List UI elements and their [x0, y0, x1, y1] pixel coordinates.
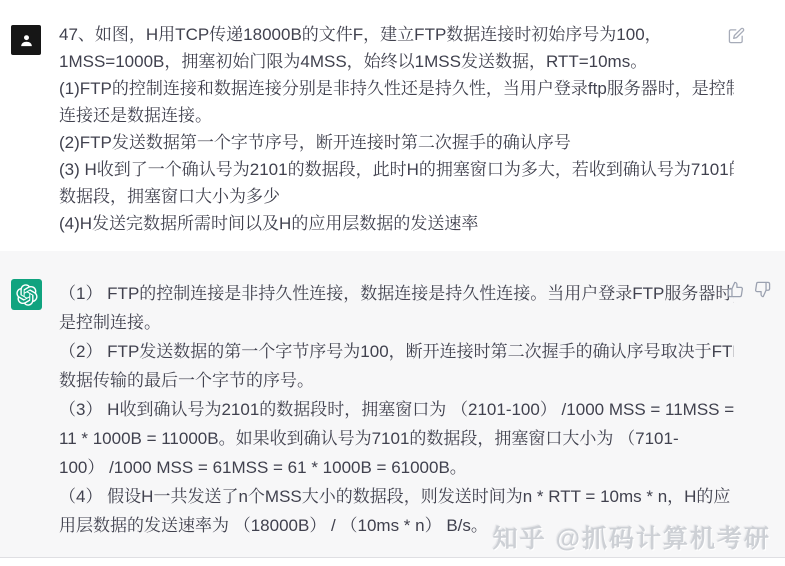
- user-avatar: [11, 25, 41, 55]
- assistant-text-line: 100） /1000 MSS = 61MSS = 61 * 1000B = 61…: [59, 453, 734, 482]
- assistant-text-line: （1） FTP的控制连接是非持久性连接，数据连接是持久性连接。当用户登录FTP服…: [59, 279, 734, 308]
- thumbs-down-button[interactable]: [754, 281, 771, 298]
- assistant-message-row: （1） FTP的控制连接是非持久性连接，数据连接是持久性连接。当用户登录FTP服…: [0, 251, 785, 558]
- edit-message-button[interactable]: [728, 27, 745, 44]
- assistant-text-line: （4） 假设H一共发送了n个MSS大小的数据段，则发送时间为n * RTT = …: [59, 482, 734, 511]
- user-text-line: 1MSS=1000B，拥塞初始门限为4MSS，始终以1MSS发送数据，RTT=1…: [59, 48, 734, 75]
- user-text-line: (1)FTP的控制连接和数据连接分别是非持久性还是持久性，当用户登录ftp服务器…: [59, 75, 734, 102]
- user-text-line: (2)FTP发送数据第一个字节序号，断开连接时第二次握手的确认序号: [59, 129, 734, 156]
- user-text-line: 数据段，拥塞窗口大小为多少: [59, 183, 734, 210]
- edit-pencil-icon: [728, 27, 745, 44]
- user-text-line: (4)H发送完数据所需时间以及H的应用层数据的发送速率: [59, 210, 734, 237]
- user-text-line: 47、如图，H用TCP传递18000B的文件F，建立FTP数据连接时初始序号为1…: [59, 21, 734, 48]
- assistant-message-text: （1） FTP的控制连接是非持久性连接，数据连接是持久性连接。当用户登录FTP服…: [59, 279, 734, 540]
- user-text-line: (3) H收到了一个确认号为2101的数据段，此时H的拥塞窗口为多大，若收到确认…: [59, 156, 734, 183]
- thumbs-down-icon: [754, 281, 771, 298]
- assistant-text-line: （3） H收到确认号为2101的数据段时，拥塞窗口为 （2101-100） /1…: [59, 395, 734, 424]
- thumbs-up-button[interactable]: [727, 281, 744, 298]
- assistant-text-line: （2） FTP发送数据的第一个字节序号为100，断开连接时第二次握手的确认序号取…: [59, 337, 734, 366]
- zhihu-watermark: 知乎 @抓码计算机考研: [493, 519, 771, 555]
- person-icon: [18, 32, 35, 49]
- assistant-text-line: 数据传输的最后一个字节的序号。: [59, 366, 734, 395]
- thumbs-up-icon: [727, 281, 744, 298]
- assistant-text-line: 11 * 1000B = 11000B。如果收到确认号为7101的数据段，拥塞窗…: [59, 424, 734, 453]
- user-text-line: 连接还是数据连接。: [59, 102, 734, 129]
- assistant-text-line: 是控制连接。: [59, 308, 734, 337]
- user-message-row: 47、如图，H用TCP传递18000B的文件F，建立FTP数据连接时初始序号为1…: [0, 0, 785, 251]
- user-message-text: 47、如图，H用TCP传递18000B的文件F，建立FTP数据连接时初始序号为1…: [59, 21, 734, 237]
- assistant-avatar: [11, 279, 42, 310]
- openai-logo-icon: [16, 284, 38, 306]
